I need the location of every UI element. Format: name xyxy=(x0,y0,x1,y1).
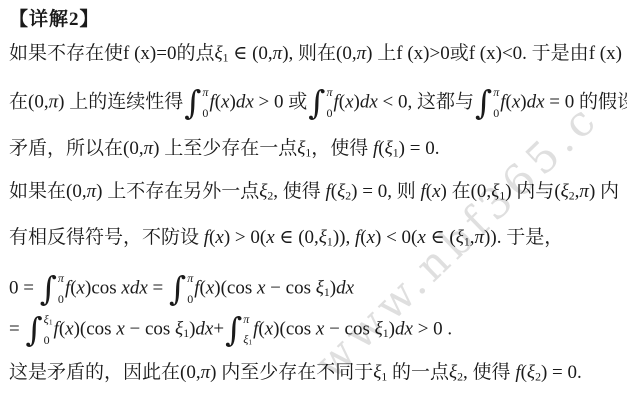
integral-upper-limit: π xyxy=(243,313,252,325)
integral-lower-limit: 0 xyxy=(493,107,499,119)
integral-upper-limit: π xyxy=(202,86,208,98)
math-italic-run: x xyxy=(265,318,273,339)
math-run: ) xyxy=(210,362,221,383)
math-run: = 0 xyxy=(545,91,579,112)
text-line: 如果不存在使f (x)=0的点ξ1 ∈ (0,π), 则在(0,π) 上f (x… xyxy=(9,42,622,71)
math-run: )), xyxy=(333,227,355,248)
math-run: ∈ (0, xyxy=(275,227,319,248)
math-italic-run: ξ xyxy=(175,318,183,339)
math-italic-run: ξ xyxy=(385,138,393,159)
text-run: 使得 xyxy=(283,181,321,202)
integral-upper-limit: ξ1 xyxy=(44,313,53,326)
math-italic-run: π xyxy=(49,91,59,112)
math-run: , xyxy=(273,181,283,202)
text-run: ，使得 xyxy=(311,138,368,159)
text-line: 如果在(0,π) 上不存在另外一点ξ2, 使得 f(ξ2) = 0, 则 f(x… xyxy=(9,180,619,209)
integral-lower-limit: 0 xyxy=(58,293,64,305)
section-title: 【详解2】 xyxy=(9,8,100,32)
math-italic-run: x xyxy=(432,181,440,202)
text-run: 的一点 xyxy=(387,362,449,383)
integral-icon: ∫ xyxy=(225,311,242,349)
math-run: ) xyxy=(153,138,164,159)
text-line: = ∫ξ10f(x)(cos x − cos ξ1)dx+∫πξ1f(x)(co… xyxy=(9,311,452,349)
math-italic-run: ξ xyxy=(561,181,569,202)
text-run: 矛盾，所以在 xyxy=(9,138,123,159)
math-italic-run: dx xyxy=(195,318,213,339)
math-italic-run: x xyxy=(367,227,375,248)
text-line: 这是矛盾的，因此在(0,π) 内至少存在不同于ξ1 的一点ξ2, 使得 f(ξ2… xyxy=(9,361,582,390)
math-run: cos xyxy=(91,277,121,298)
math-italic-run: x xyxy=(417,227,425,248)
math-italic-run: ξ xyxy=(375,318,383,339)
math-run: ) = 0. xyxy=(541,362,582,383)
integral-limits: π0 xyxy=(57,270,64,308)
integral-upper-limit: π xyxy=(493,86,499,98)
math-run: ∈ (0, xyxy=(229,43,273,64)
math-italic-run: x xyxy=(345,91,353,112)
math-run: )(cos xyxy=(214,277,257,298)
math-run: > 0 xyxy=(254,91,288,112)
math-run: ) xyxy=(441,181,452,202)
math-run: , xyxy=(463,362,473,383)
math-italic-run: ξ xyxy=(449,362,457,383)
math-italic-run: f xyxy=(321,181,331,202)
math-run: 0 xyxy=(326,106,332,120)
math-run: ) = 0. xyxy=(399,138,440,159)
math-italic-run: π xyxy=(475,227,485,248)
integral: ∫ξ10 xyxy=(25,311,52,349)
math-run: = xyxy=(148,277,168,298)
text-run: 则在 xyxy=(298,43,336,64)
math-run: − cos xyxy=(324,318,374,339)
math-run: 0 xyxy=(493,106,499,120)
integral-limits: π0 xyxy=(492,84,499,122)
text-run: 如果在 xyxy=(9,181,66,202)
integral: ∫π0 xyxy=(184,84,208,122)
math-italic-run: x xyxy=(206,277,214,298)
subscript: 1 xyxy=(49,318,53,327)
math-italic-run: π xyxy=(201,362,211,383)
math-italic-run: ξ xyxy=(456,227,464,248)
math-italic-run: dx xyxy=(236,91,254,112)
math-italic-run: π xyxy=(58,271,64,285)
integral-icon: ∫ xyxy=(25,311,42,349)
text-run: 在 xyxy=(452,181,471,202)
integral: ∫πξ1 xyxy=(225,311,252,349)
integral-upper-limit: π xyxy=(187,272,193,284)
integral-lower-limit: 0 xyxy=(187,293,193,305)
integral: ∫π0 xyxy=(40,270,64,308)
math-italic-run: x xyxy=(215,227,223,248)
math-run: (0, xyxy=(180,362,201,383)
math-run: (0, xyxy=(336,43,357,64)
math-italic-run: π xyxy=(243,312,249,326)
math-italic-run: π xyxy=(144,138,154,159)
math-italic-run: π xyxy=(326,85,332,99)
math-run: ) > 0( xyxy=(224,227,266,248)
text-run: 内 xyxy=(600,181,619,202)
text-run: 上 xyxy=(377,43,396,64)
math-italic-run: dx xyxy=(527,91,545,112)
text-line: 在(0,π) 上的连续性得∫π0f(x)dx > 0 或∫π0f(x)dx < … xyxy=(9,84,627,122)
math-run: f (x)=0 xyxy=(123,43,176,64)
math-run: ) xyxy=(589,181,600,202)
subscript: 1 xyxy=(248,338,252,347)
math-italic-run: xdx xyxy=(121,277,147,298)
text-run: 使得 xyxy=(473,362,511,383)
integral-upper-limit: π xyxy=(58,272,64,284)
math-italic-run: f xyxy=(416,181,426,202)
math-italic-run: π xyxy=(187,271,193,285)
integral-upper-limit: π xyxy=(326,86,332,98)
math-italic-run: x xyxy=(77,277,85,298)
integral-icon: ∫ xyxy=(475,84,492,122)
math-run: f (x)<0. xyxy=(469,43,532,64)
text-run: 的点 xyxy=(176,43,214,64)
math-run: = xyxy=(9,318,24,339)
math-italic-run: dx xyxy=(360,91,378,112)
text-run: 于是由 xyxy=(532,43,589,64)
math-italic-run: x xyxy=(512,91,520,112)
math-run: − cos xyxy=(265,277,315,298)
text-run: 或 xyxy=(450,43,469,64)
math-run: ) xyxy=(366,43,377,64)
integral-icon: ∫ xyxy=(169,270,186,308)
math-italic-run: x xyxy=(266,227,274,248)
math-run: 0 xyxy=(202,106,208,120)
math-run: − cos xyxy=(125,318,175,339)
text-run: 有相反得符号，不防设 xyxy=(9,227,204,248)
integral-limits: ξ10 xyxy=(43,311,53,349)
text-run: 内至少存在不同于 xyxy=(221,362,373,383)
text-run: 【详解2】 xyxy=(9,9,100,30)
math-run: )). xyxy=(484,227,506,248)
math-italic-run: ξ xyxy=(527,362,535,383)
math-run: (0, xyxy=(66,181,87,202)
text-line: 0 = ∫π0f(x)cos xdx = ∫π0f(x)(cos x − cos… xyxy=(9,270,354,308)
math-run: )(cos xyxy=(74,318,117,339)
integral-limits: π0 xyxy=(201,84,208,122)
text-run: 于是， xyxy=(506,227,563,248)
text-line: 矛盾，所以在(0,π) 上至少存在一点ξ1，使得 f(ξ1) = 0. xyxy=(9,137,439,166)
math-run: 0 xyxy=(44,333,50,347)
math-run: > 0 . xyxy=(413,318,452,339)
math-italic-run: ξ xyxy=(316,277,324,298)
math-italic-run: dx xyxy=(395,318,413,339)
math-italic-run: x xyxy=(65,318,73,339)
integral-lower-limit: 0 xyxy=(44,334,53,346)
text-run: 如果不存在使 xyxy=(9,43,123,64)
integral: ∫π0 xyxy=(308,84,332,122)
text-run: 这都与 xyxy=(417,91,474,112)
math-italic-run: x xyxy=(116,318,124,339)
math-run: < 0, xyxy=(378,91,417,112)
math-run: 0 xyxy=(58,292,64,306)
integral-icon: ∫ xyxy=(40,270,57,308)
math-run: 0 = xyxy=(9,277,39,298)
text-run: 则 xyxy=(397,181,416,202)
math-italic-run: π xyxy=(579,181,589,202)
text-run: 在 xyxy=(9,91,28,112)
math-run: + xyxy=(213,318,224,339)
math-run: (0, xyxy=(28,91,49,112)
integral: ∫π0 xyxy=(475,84,499,122)
integral-lower-limit: 0 xyxy=(326,107,332,119)
math-run: ) < 0( xyxy=(375,227,417,248)
integral-lower-limit: 0 xyxy=(202,107,208,119)
integral-limits: πξ1 xyxy=(242,311,252,349)
math-run: (0, xyxy=(471,181,492,202)
integral-icon: ∫ xyxy=(184,84,201,122)
math-italic-run: ξ xyxy=(319,227,327,248)
text-run: 内与 xyxy=(516,181,554,202)
integral-icon: ∫ xyxy=(308,84,325,122)
math-run: f (x)>0 xyxy=(396,43,449,64)
math-italic-run: f xyxy=(511,362,521,383)
text-run: 或 xyxy=(288,91,307,112)
math-run: ∈ ( xyxy=(426,227,456,248)
math-italic-run: π xyxy=(273,43,283,64)
math-run: ) = 0, xyxy=(351,181,397,202)
integral-limits: π0 xyxy=(325,84,332,122)
text-run: 的假设 xyxy=(579,91,627,112)
math-italic-run: π xyxy=(202,85,208,99)
document-page: www.nbf365.c 【详解2】如果不存在使f (x)=0的点ξ1 ∈ (0… xyxy=(0,0,627,405)
math-italic-run: π xyxy=(357,43,367,64)
math-run: )(cos xyxy=(273,318,316,339)
text-line: 有相反得符号，不防设 f(x) > 0(x ∈ (0,ξ1)), f(x) < … xyxy=(9,226,563,255)
text-run: 上的连续性得 xyxy=(69,91,183,112)
integral-lower-limit: ξ1 xyxy=(243,333,252,346)
math-run: f (x) xyxy=(589,43,622,64)
integral-limits: π0 xyxy=(186,270,193,308)
math-italic-run: π xyxy=(493,85,499,99)
integral: ∫π0 xyxy=(169,270,193,308)
math-run: ) xyxy=(505,181,516,202)
math-run: 0 xyxy=(187,292,193,306)
math-run: ) xyxy=(58,91,69,112)
math-run: ), xyxy=(282,43,298,64)
text-run: 这是矛盾的，因此在 xyxy=(9,362,180,383)
math-run: ) xyxy=(96,181,107,202)
math-italic-run: dx xyxy=(336,277,354,298)
text-run: 上至少存在一点 xyxy=(164,138,297,159)
math-italic-run: π xyxy=(87,181,97,202)
text-run: 上不存在另外一点 xyxy=(107,181,259,202)
math-run: (0, xyxy=(123,138,144,159)
math-italic-run: f xyxy=(368,138,378,159)
math-italic-run: ξ xyxy=(214,43,222,64)
